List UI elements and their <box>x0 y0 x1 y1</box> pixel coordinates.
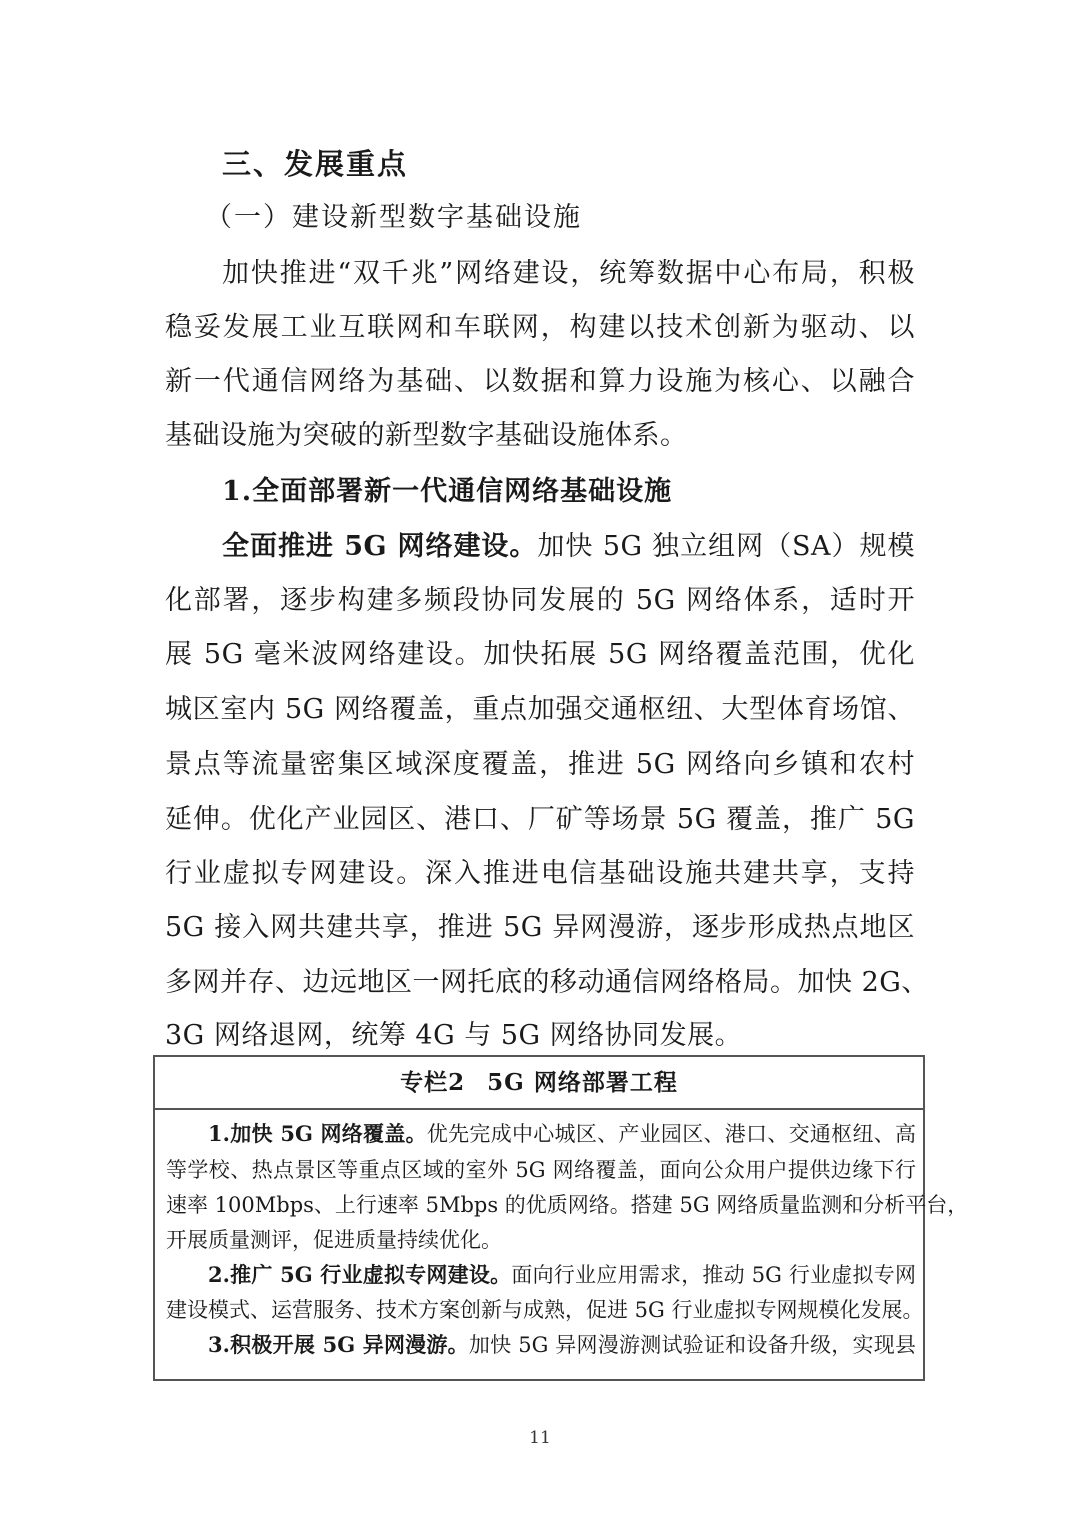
para-line-2: 展 5G 毫米波网络建设。加快拓展 5G 网络覆盖范围，优化 <box>165 635 915 675</box>
box-item-3-first: 3.积极开展 5G 异网漫游。加快 5G 异网漫游测试验证和设备升级，实现县 <box>208 1330 916 1360</box>
box-title-main: 5G 网络部署工程 <box>487 1069 678 1096</box>
box-item-2-line-1: 建设模式、运营服务、技术方案创新与成熟，促进 5G 行业虚拟专网规模化发展。 <box>166 1295 916 1325</box>
para-line-3: 城区室内 5G 网络覆盖，重点加强交通枢纽、大型体育场馆、 <box>165 690 915 730</box>
document-page: 三、发展重点 （一）建设新型数字基础设施 加快推进“双千兆”网络建设，统筹数据中… <box>0 0 1080 1527</box>
box-item-1-line-3: 开展质量测评，促进质量持续优化。 <box>166 1225 916 1255</box>
para-line-1: 化部署，逐步构建多频段协同发展的 5G 网络体系，适时开 <box>165 581 915 621</box>
box-item-2-rest: 面向行业应用需求，推动 5G 行业虚拟专网 <box>511 1263 916 1287</box>
box-item-1-line-1: 等学校、热点景区等重点区域的室外 5G 网络覆盖，面向公众用户提供边缘下行 <box>166 1155 916 1185</box>
box-item-2-lead: 2.推广 5G 行业虚拟专网建设。 <box>208 1262 511 1287</box>
para-line-5: 延伸。优化产业园区、港口、厂矿等场景 5G 覆盖，推广 5G <box>165 800 915 840</box>
box-item-3-rest: 加快 5G 异网漫游测试验证和设备升级，实现县 <box>469 1333 916 1357</box>
para-line-9: 3G 网络退网，统筹 4G 与 5G 网络协同发展。 <box>165 1016 915 1056</box>
para-line-4: 景点等流量密集区域深度覆盖，推进 5G 网络向乡镇和农村 <box>165 745 915 785</box>
para-line-6: 行业虚拟专网建设。深入推进电信基础设施共建共享，支持 <box>165 854 915 894</box>
box-item-1-first: 1.加快 5G 网络覆盖。优先完成中心城区、产业园区、港口、交通枢纽、高 <box>208 1119 916 1149</box>
intro-line-4: 基础设施为突破的新型数字基础设施体系。 <box>165 416 915 456</box>
para-line-7: 5G 接入网共建共享，推进 5G 异网漫游，逐步形成热点地区 <box>165 908 915 948</box>
box-title-prefix: 专栏2 <box>400 1069 465 1096</box>
para-first-rest: 加快 5G 独立组网（SA）规模 <box>537 531 915 562</box>
item-heading: 1.全面部署新一代通信网络基础设施 <box>222 472 915 512</box>
box-item-1-line-2: 速率 100Mbps、上行速率 5Mbps 的优质网络。搭建 5G 网络质量监测… <box>166 1190 916 1220</box>
intro-line-1: 加快推进“双千兆”网络建设，统筹数据中心布局，积极 <box>222 254 915 294</box>
box-item-2-first: 2.推广 5G 行业虚拟专网建设。面向行业应用需求，推动 5G 行业虚拟专网 <box>208 1260 916 1290</box>
box-item-1-rest: 优先完成中心城区、产业园区、港口、交通枢纽、高 <box>427 1122 916 1146</box>
para-line-8: 多网并存、边远地区一网托底的移动通信网络格局。加快 2G、 <box>165 963 915 1003</box>
box-title: 专栏25G 网络部署工程 <box>155 1057 923 1110</box>
para-bold-lead: 全面推进 5G 网络建设。 <box>222 531 537 562</box>
subsection-title: （一）建设新型数字基础设施 <box>205 198 898 238</box>
page-number: 11 <box>0 1428 1080 1448</box>
section-title: 三、发展重点 <box>222 144 915 184</box>
intro-line-2: 稳妥发展工业互联网和车联网，构建以技术创新为驱动、以 <box>165 308 915 348</box>
intro-line-3: 新一代通信网络为基础、以数据和算力设施为核心、以融合 <box>165 362 915 402</box>
para-first-line: 全面推进 5G 网络建设。加快 5G 独立组网（SA）规模 <box>222 527 915 567</box>
box-item-3-lead: 3.积极开展 5G 异网漫游。 <box>208 1332 469 1357</box>
box-item-1-lead: 1.加快 5G 网络覆盖。 <box>208 1121 427 1146</box>
feature-box: 专栏25G 网络部署工程 1.加快 5G 网络覆盖。优先完成中心城区、产业园区、… <box>153 1055 925 1381</box>
